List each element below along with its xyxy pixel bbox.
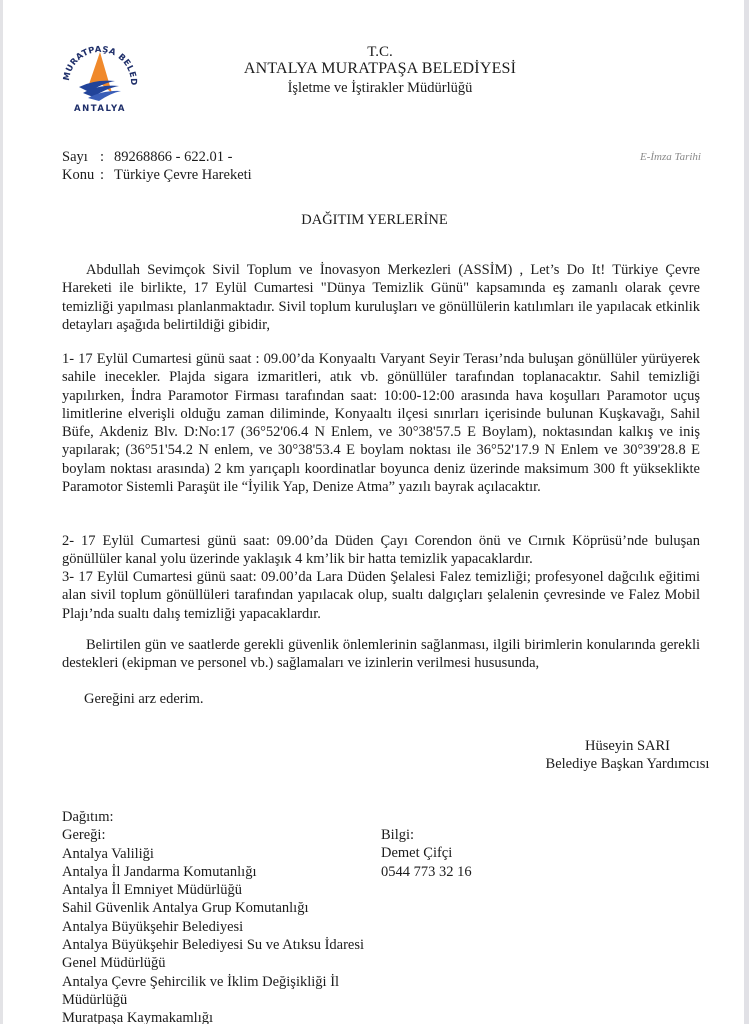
list-item: Muratpaşa Kaymakamlığı	[62, 1009, 364, 1024]
list-item: Sahil Güvenlik Antalya Grup Komutanlığı	[62, 899, 364, 917]
signatory-name: Hüseyin SARI	[515, 737, 740, 755]
page-edge-left	[0, 0, 3, 1024]
letterhead-tc: T.C.	[200, 44, 560, 61]
contact-phone: 0544 773 32 16	[381, 863, 472, 881]
letterhead-department: İşletme ve İştirakler Müdürlüğü	[200, 80, 560, 97]
konu-label: Konu	[62, 167, 100, 184]
colon: :	[100, 167, 114, 184]
colon: :	[100, 149, 114, 166]
closing-line: Gereğini arz ederim.	[84, 690, 204, 708]
list-item-1: 1- 17 Eylül Cumartesi günü saat : 09.00’…	[62, 350, 700, 496]
recipients-heading: DAĞITIM YERLERİNE	[0, 212, 749, 229]
bilgi-label: Bilgi:	[381, 826, 472, 844]
sayi-label: Sayı	[62, 149, 100, 166]
muratpasa-logo-icon: MURATPAŞA BELEDİYESİ ANTALYA	[55, 35, 145, 113]
list-item: Antalya İl Jandarma Komutanlığı	[62, 863, 364, 881]
contact-name: Demet Çifçi	[381, 844, 472, 862]
list-item: Antalya Büyükşehir Belediyesi	[62, 918, 364, 936]
list-item: Genel Müdürlüğü	[62, 954, 364, 972]
signatory-title: Belediye Başkan Yardımcısı	[515, 755, 740, 773]
list-item: Müdürlüğü	[62, 991, 364, 1009]
document-page: MURATPAŞA BELEDİYESİ ANTALYA T.C. ANTALY…	[0, 0, 749, 1024]
list-item-3: 3- 17 Eylül Cumartesi günü saat: 09.00’d…	[62, 568, 700, 623]
list-item: Antalya İl Emniyet Müdürlüğü	[62, 881, 364, 899]
konu-value: Türkiye Çevre Hareketi	[114, 167, 252, 183]
svg-text:ANTALYA: ANTALYA	[74, 104, 126, 113]
list-item-2: 2- 17 Eylül Cumartesi günü saat: 09.00’d…	[62, 532, 700, 569]
sayi-value: 89268866 - 622.01 -	[114, 149, 232, 165]
intro-paragraph: Abdullah Sevimçok Sivil Toplum ve İnovas…	[62, 261, 700, 334]
distribution-list: Dağıtım: Gereği: Antalya Valiliği Antaly…	[62, 808, 364, 1024]
document-number: Sayı:89268866 - 622.01 -	[62, 149, 232, 166]
request-paragraph: Belirtilen gün ve saatlerde gerekli güve…	[62, 636, 700, 673]
letterhead-institution: ANTALYA MURATPAŞA BELEDİYESİ	[200, 60, 560, 78]
list-item: Antalya Valiliği	[62, 845, 364, 863]
list-item: Antalya Çevre Şehircilik ve İklim Değişi…	[62, 973, 364, 991]
distribution-label: Dağıtım:	[62, 808, 364, 826]
gereği-label: Gereği:	[62, 826, 364, 844]
list-item: Antalya Büyükşehir Belediyesi Su ve Atık…	[62, 936, 364, 954]
e-signature-date-label: E-İmza Tarihi	[640, 151, 701, 163]
document-subject: Konu:Türkiye Çevre Hareketi	[62, 167, 252, 184]
page-edge-right	[744, 0, 749, 1024]
info-recipients: Bilgi: Demet Çifçi 0544 773 32 16	[381, 826, 472, 881]
